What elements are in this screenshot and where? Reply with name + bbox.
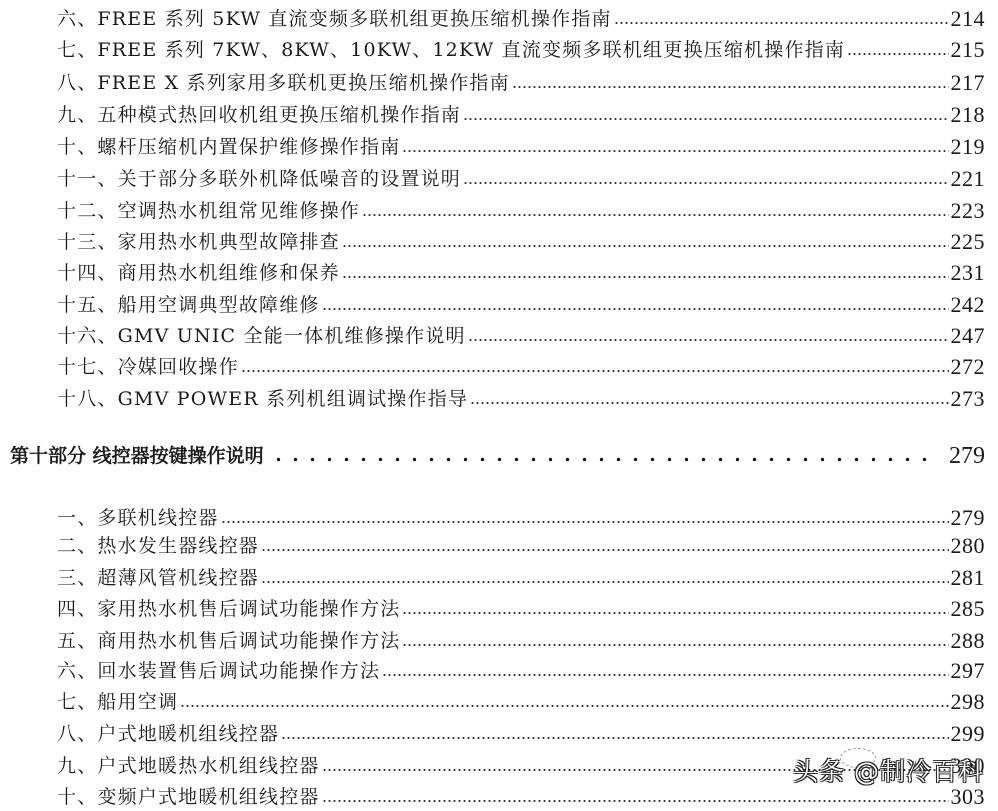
toc-entry-page: 217 bbox=[951, 72, 986, 94]
toc-entry-title: 九、五种模式热回收机组更换压缩机操作指南 bbox=[57, 104, 461, 126]
toc-entry-title: 十、螺杆压缩机内置保护维修操作指南 bbox=[57, 136, 400, 158]
part-heading-title: 第十部分 线控器按键操作说明 bbox=[10, 444, 264, 468]
toc-entry-title: 十七、冷媒回收操作 bbox=[57, 356, 239, 378]
dot-leader bbox=[362, 213, 948, 217]
dot-leader bbox=[402, 149, 948, 153]
watermark: 头条 @制冷百科 bbox=[793, 752, 984, 788]
toc-entry-page: 288 bbox=[951, 630, 986, 652]
toc-entry[interactable]: 一、多联机线控器 279 bbox=[57, 503, 985, 529]
toc-entry-page: 231 bbox=[951, 262, 986, 284]
dot-leader bbox=[261, 580, 948, 584]
toc-entry-page: 247 bbox=[951, 325, 986, 347]
dot-leader bbox=[342, 244, 949, 248]
toc-entry-page: 214 bbox=[951, 8, 986, 30]
toc-entry-title: 六、回水装置售后调试功能操作方法 bbox=[57, 660, 380, 682]
dot-leader bbox=[470, 401, 948, 405]
toc-entry[interactable]: 十七、冷媒回收操作 272 bbox=[57, 352, 985, 378]
toc-entry-page: 297 bbox=[951, 660, 986, 682]
toc-entry[interactable]: 十三、家用热水机典型故障排查 225 bbox=[57, 227, 985, 253]
toc-entry-page: 303 bbox=[951, 786, 986, 808]
toc-entry-title: 十三、家用热水机典型故障排查 bbox=[57, 231, 340, 253]
toc-entry-page: 279 bbox=[951, 507, 986, 529]
toc-entry-page: 299 bbox=[951, 723, 986, 745]
toc-entry-page: 223 bbox=[951, 200, 986, 222]
dot-leader bbox=[261, 548, 948, 552]
toc-entry-page: 298 bbox=[951, 691, 986, 713]
toc-entry-page: 219 bbox=[951, 136, 986, 158]
toc-entry[interactable]: 八、FREE X 系列家用多联机更换压缩机操作指南 217 bbox=[57, 68, 985, 94]
dot-leader bbox=[270, 457, 935, 462]
toc-entry-page: 242 bbox=[951, 294, 986, 316]
toc-entry-page: 280 bbox=[951, 535, 986, 557]
toc-entry-page: 285 bbox=[951, 598, 986, 620]
toc-entry-page: 221 bbox=[951, 168, 986, 190]
toc-entry-title: 七、FREE 系列 7KW、8KW、10KW、12KW 直流变频多联机组更换压缩… bbox=[57, 39, 845, 61]
dot-leader bbox=[281, 736, 948, 740]
toc-entry-page: 273 bbox=[951, 388, 986, 410]
toc-entry[interactable]: 二、热水发生器线控器 280 bbox=[57, 531, 985, 557]
toc-entry[interactable]: 十八、GMV POWER 系列机组调试操作指导 273 bbox=[57, 384, 985, 410]
toc-entry[interactable]: 十一、关于部分多联外机降低噪音的设置说明 221 bbox=[57, 164, 985, 190]
toc-entry-title: 十五、船用空调典型故障维修 bbox=[57, 294, 320, 316]
toc-entry-page: 215 bbox=[951, 39, 986, 61]
toc-entry-page: 272 bbox=[951, 356, 986, 378]
toc-entry-page: 218 bbox=[951, 104, 986, 126]
toc-entry-page: 225 bbox=[951, 231, 986, 253]
dot-leader bbox=[180, 704, 948, 708]
toc-entry[interactable]: 五、商用热水机售后调试功能操作方法 288 bbox=[57, 626, 985, 652]
toc-entry-title: 四、家用热水机售后调试功能操作方法 bbox=[57, 598, 400, 620]
toc-entry[interactable]: 六、FREE 系列 5KW 直流变频多联机组更换压缩机操作指南 214 bbox=[57, 4, 985, 30]
dot-leader bbox=[512, 85, 949, 89]
dot-leader bbox=[322, 307, 949, 311]
toc-entry[interactable]: 三、超薄风管机线控器 281 bbox=[57, 563, 985, 589]
dot-leader bbox=[221, 520, 949, 524]
dot-leader bbox=[463, 117, 948, 121]
dot-leader bbox=[847, 52, 948, 56]
toc-entry-title: 十六、GMV UNIC 全能一体机维修操作说明 bbox=[57, 325, 466, 347]
toc-entry-title: 九、户式地暖热水机组线控器 bbox=[57, 755, 320, 777]
toc-entry[interactable]: 十、螺杆压缩机内置保护维修操作指南 219 bbox=[57, 132, 985, 158]
toc-entry-title: 五、商用热水机售后调试功能操作方法 bbox=[57, 630, 400, 652]
toc-entry-title: 二、热水发生器线控器 bbox=[57, 535, 259, 557]
toc-entry[interactable]: 十五、船用空调典型故障维修 242 bbox=[57, 290, 985, 316]
dot-leader bbox=[402, 643, 948, 647]
toc-entry[interactable]: 四、家用热水机售后调试功能操作方法 285 bbox=[57, 594, 985, 620]
dot-leader bbox=[322, 799, 949, 803]
dot-leader bbox=[614, 21, 949, 25]
toc-entry[interactable]: 七、船用空调 298 bbox=[57, 687, 985, 713]
toc-entry-title: 八、FREE X 系列家用多联机更换压缩机操作指南 bbox=[57, 72, 510, 94]
dot-leader bbox=[382, 673, 948, 677]
toc-entry-title: 十四、商用热水机组维修和保养 bbox=[57, 262, 340, 284]
toc-entry[interactable]: 九、五种模式热回收机组更换压缩机操作指南 218 bbox=[57, 100, 985, 126]
toc-entry[interactable]: 十六、GMV UNIC 全能一体机维修操作说明 247 bbox=[57, 321, 985, 347]
toc-entry-title: 八、户式地暖机组线控器 bbox=[57, 723, 279, 745]
dot-leader bbox=[342, 275, 949, 279]
dot-leader bbox=[402, 611, 948, 615]
toc-entry-title: 十八、GMV POWER 系列机组调试操作指导 bbox=[57, 388, 468, 410]
toc-entry-title: 十、变频户式地暖机组线控器 bbox=[57, 786, 320, 808]
toc-entry[interactable]: 六、回水装置售后调试功能操作方法 297 bbox=[57, 656, 985, 682]
dot-leader bbox=[468, 338, 949, 342]
toc-entry[interactable]: 七、FREE 系列 7KW、8KW、10KW、12KW 直流变频多联机组更换压缩… bbox=[57, 35, 985, 61]
toc-entry-title: 三、超薄风管机线控器 bbox=[57, 567, 259, 589]
toc-entry-title: 六、FREE 系列 5KW 直流变频多联机组更换压缩机操作指南 bbox=[57, 8, 612, 30]
toc-entry[interactable]: 八、户式地暖机组线控器 299 bbox=[57, 719, 985, 745]
dot-leader bbox=[241, 369, 949, 373]
toc-entry-title: 七、船用空调 bbox=[57, 691, 178, 713]
toc-entry-title: 十一、关于部分多联外机降低噪音的设置说明 bbox=[57, 168, 461, 190]
toc-entry-title: 十二、空调热水机组常见维修操作 bbox=[57, 200, 360, 222]
toc-entry-title: 一、多联机线控器 bbox=[57, 507, 219, 529]
toc-part-heading[interactable]: 第十部分 线控器按键操作说明 279 bbox=[10, 440, 985, 468]
toc-entry-page: 281 bbox=[951, 567, 986, 589]
part-heading-page: 279 bbox=[949, 444, 985, 468]
toc-entry[interactable]: 十四、商用热水机组维修和保养 231 bbox=[57, 258, 985, 284]
toc-entry[interactable]: 十二、空调热水机组常见维修操作 223 bbox=[57, 196, 985, 222]
dot-leader bbox=[463, 181, 948, 185]
